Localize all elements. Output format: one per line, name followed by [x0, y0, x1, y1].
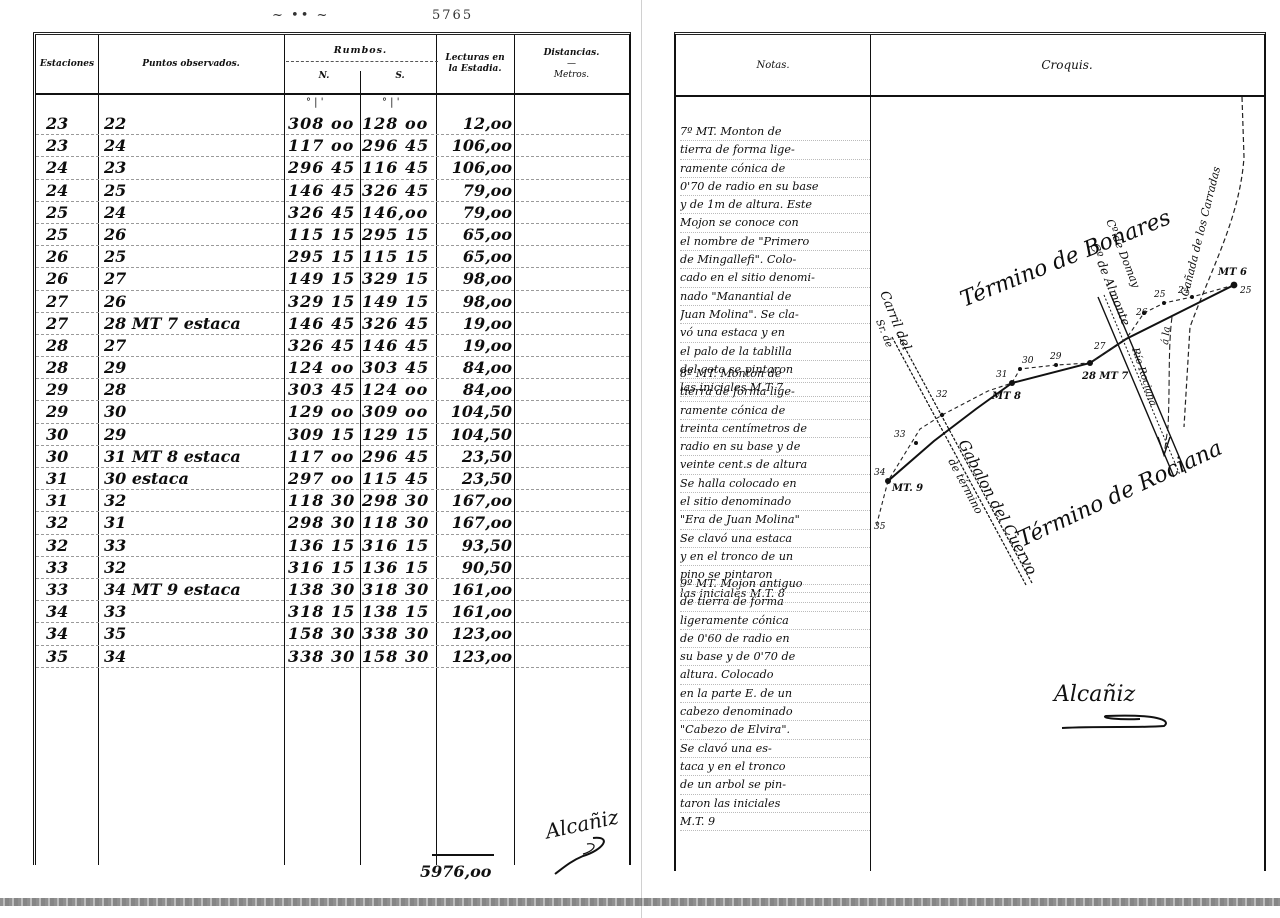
note-line: 0'70 de radio en su base: [680, 178, 870, 196]
lectura-cell: 19,oo: [438, 315, 516, 333]
rumbo-s-cell: 318 30: [362, 581, 438, 599]
punto-observado-cell: 32: [104, 492, 284, 510]
rumbo-n-cell: 329 15: [288, 293, 362, 311]
estacion-cell: 29: [46, 381, 98, 399]
label-termino-bonares: Término de Bonares: [957, 205, 1174, 312]
label-station-24: 24: [1177, 286, 1190, 296]
rumbo-n-cell: 129 oo: [288, 403, 362, 421]
note-line: el palo de la tablilla: [680, 343, 870, 361]
punto-observado-cell: 24: [104, 137, 284, 155]
note-line: y en el tronco de un: [680, 548, 870, 566]
note-line: 9º MT. Mojon antiguo: [680, 575, 870, 593]
note-line: Se clavó una es-: [680, 740, 870, 758]
signature-flourish-icon: [553, 836, 613, 876]
lectura-cell: 65,oo: [438, 226, 516, 244]
lectura-cell: 104,50: [438, 403, 516, 421]
rumbo-n-cell: 149 15: [288, 270, 362, 288]
table-row: 2526115 15295 1565,oo: [36, 224, 629, 246]
lectura-cell: 104,50: [438, 426, 516, 444]
rumbo-n-cell: 295 15: [288, 248, 362, 266]
punto-observado-cell: 34 MT 9 estaca: [104, 581, 284, 599]
note-line: "Era de Juan Molina": [680, 511, 870, 529]
rumbo-s-cell: 115 45: [362, 470, 438, 488]
note-line: Se clavó una estaca: [680, 530, 870, 548]
table-row: 3334 MT 9 estaca138 30318 30161,oo: [36, 579, 629, 601]
signature-flourish-icon: [1060, 710, 1170, 732]
rumbo-n-cell: 338 30: [288, 648, 362, 666]
estacion-cell: 28: [46, 337, 98, 355]
note-line: tierra de forma lige-: [680, 141, 870, 159]
table-row: 3130 estaca297 oo115 4523,50: [36, 468, 629, 490]
label-canada: Cañada de los Carradas: [1178, 165, 1223, 298]
punto-observado-cell: 34: [104, 648, 284, 666]
table-row: 2425146 45326 4579,oo: [36, 180, 629, 202]
rumbo-n-cell: 118 30: [288, 492, 362, 510]
note-line: tierra de forma lige-: [680, 383, 870, 401]
punto-observado-cell: 27: [104, 270, 284, 288]
punto-observado-cell: 22: [104, 115, 284, 133]
rumbo-s-cell: 158 30: [362, 648, 438, 666]
rumbo-n-cell: 298 30: [288, 514, 362, 532]
punto-observado-cell: 27: [104, 337, 284, 355]
estacion-cell: 26: [46, 248, 98, 266]
table-row: 2728 MT 7 estaca146 45326 4519,oo: [36, 313, 629, 335]
header-croquis: Croquis.: [870, 35, 1264, 95]
punto-observado-cell: 30: [104, 403, 284, 421]
label-station-27: 27: [1093, 342, 1106, 352]
header-estaciones: Estaciones: [36, 35, 98, 93]
note-line: ramente cónica de: [680, 402, 870, 420]
note-line: ramente cónica de: [680, 160, 870, 178]
lectura-cell: 65,oo: [438, 248, 516, 266]
table-row: 3231298 30118 30167,oo: [36, 512, 629, 534]
rumbo-s-cell: 316 15: [362, 537, 438, 555]
page-top-mark: ~ •• ~: [272, 8, 329, 23]
rumbo-s-cell: 115 15: [362, 248, 438, 266]
lectura-cell: 90,50: [438, 559, 516, 577]
punto-observado-cell: 35: [104, 625, 284, 643]
note-line: el sitio denominado: [680, 493, 870, 511]
rumbo-s-cell: 149 15: [362, 293, 438, 311]
note-line: su base y de 0'70 de: [680, 648, 870, 666]
label-mt7: 28 MT 7: [1081, 371, 1128, 382]
note-line: 8º MT. Monton de: [680, 365, 870, 383]
note-line: treinta centímetros de: [680, 420, 870, 438]
label-station-30: 30: [1022, 356, 1034, 366]
punto-observado-cell: 26: [104, 293, 284, 311]
rumbo-n-cell: 316 15: [288, 559, 362, 577]
punto-observado-cell: 33: [104, 537, 284, 555]
rumbo-s-cell: 124 oo: [362, 381, 438, 399]
header-distancias-title: Distancias.: [544, 48, 600, 59]
survey-register-table: Estaciones Puntos observados. Rumbos. N.…: [33, 32, 630, 862]
survey-sketch-map: Término de Bonares Término de Rociana Cº…: [872, 97, 1264, 871]
estacion-cell: 31: [46, 492, 98, 510]
lectura-cell: 79,oo: [438, 204, 516, 222]
label-station-33: 33: [894, 430, 906, 440]
punto-observado-cell: 25: [104, 248, 284, 266]
lectura-cell: 12,oo: [438, 115, 516, 133]
lectura-cell: 84,oo: [438, 381, 516, 399]
punto-observado-cell: 31 MT 8 estaca: [104, 448, 284, 466]
estacion-cell: 34: [46, 603, 98, 621]
rumbo-s-cell: 129 15: [362, 426, 438, 444]
label-station-25-end: 25: [1239, 286, 1252, 296]
note-mt7: 7º MT. Monton detierra de forma lige-ram…: [680, 123, 870, 397]
table-row: 2829124 oo303 4584,oo: [36, 357, 629, 379]
table-row: 2423296 45116 45106,oo: [36, 157, 629, 179]
estacion-cell: 29: [46, 403, 98, 421]
label-mt6: MT 6: [1217, 267, 1247, 278]
table-row: 3233136 15316 1593,50: [36, 535, 629, 557]
lectura-cell: 98,oo: [438, 293, 516, 311]
table-row: 2928303 45124 oo84,oo: [36, 379, 629, 401]
rumbo-n-cell: 318 15: [288, 603, 362, 621]
table-row: 3534338 30158 30123,oo: [36, 646, 629, 668]
rumbo-n-cell: 296 45: [288, 159, 362, 177]
rumbo-s-cell: 128 oo: [362, 115, 438, 133]
note-line: Se halla colocado en: [680, 475, 870, 493]
folio-number: 5765: [432, 8, 473, 23]
estacion-cell: 35: [46, 648, 98, 666]
header-rule: [36, 93, 629, 95]
punto-observado-cell: 32: [104, 559, 284, 577]
table-row: 3435158 30338 30123,oo: [36, 623, 629, 645]
lectura-cell: 19,oo: [438, 337, 516, 355]
note-line: en la parte E. de un: [680, 685, 870, 703]
rumbo-s-cell: 329 15: [362, 270, 438, 288]
note-line: radio en su base y de: [680, 438, 870, 456]
note-line: de Mingallefi". Colo-: [680, 251, 870, 269]
rumbo-s-cell: 146 45: [362, 337, 438, 355]
page-bottom-edge: [0, 898, 1280, 906]
divider: [286, 61, 438, 62]
label-termino-rociana: Término de Rociana: [1014, 436, 1226, 553]
note-line: vó una estaca y en: [680, 324, 870, 342]
estacion-cell: 28: [46, 359, 98, 377]
punto-observado-cell: 26: [104, 226, 284, 244]
rumbo-n-cell: 326 45: [288, 204, 362, 222]
distance-total: 5976,oo: [420, 862, 491, 881]
estacion-cell: 30: [46, 448, 98, 466]
rumbo-s-cell: 298 30: [362, 492, 438, 510]
label-station-26: 26: [1135, 308, 1148, 318]
label-station-25-25: 25: [1153, 290, 1166, 300]
punto-observado-cell: 30 estaca: [104, 470, 284, 488]
label-rio-rociana: Río Rociana: [1129, 346, 1159, 408]
estacion-cell: 31: [46, 470, 98, 488]
estacion-cell: 26: [46, 270, 98, 288]
rumbo-n-cell: 117 oo: [288, 137, 362, 155]
table-row: 2827326 45146 4519,oo: [36, 335, 629, 357]
note-line: altura. Colocado: [680, 666, 870, 684]
rumbo-n-cell: 138 30: [288, 581, 362, 599]
estacion-cell: 32: [46, 537, 98, 555]
punto-observado-cell: 28: [104, 381, 284, 399]
page-frame: Notas. Croquis. 7º MT. Monton detierra d…: [674, 32, 1266, 871]
rumbo-s-cell: 296 45: [362, 448, 438, 466]
note-mt8: 8º MT. Monton detierra de forma lige-ram…: [680, 365, 870, 603]
estacion-cell: 33: [46, 581, 98, 599]
table-row: 2930129 oo309 oo104,50: [36, 401, 629, 423]
note-line: Mojon se conoce con: [680, 214, 870, 232]
estacion-cell: 33: [46, 559, 98, 577]
note-line: de tierra de forma: [680, 593, 870, 611]
rumbo-s-cell: 296 45: [362, 137, 438, 155]
label-gabalon-cuervo: Gabalon del Cuervo: [954, 436, 1041, 577]
estacion-cell: 32: [46, 514, 98, 532]
table-row: 2625295 15115 1565,oo: [36, 246, 629, 268]
estacion-cell: 23: [46, 115, 98, 133]
note-line: y de 1m de altura. Este: [680, 196, 870, 214]
note-line: ligeramente cónica: [680, 612, 870, 630]
estacion-cell: 24: [46, 159, 98, 177]
estacion-cell: 23: [46, 137, 98, 155]
rumbo-n-cell: 158 30: [288, 625, 362, 643]
table-row: 2726329 15149 1598,oo: [36, 291, 629, 313]
punto-observado-cell: 28 MT 7 estaca: [104, 315, 284, 333]
rumbo-n-cell: 146 45: [288, 182, 362, 200]
header-rumbos-n: N.: [286, 71, 362, 81]
rumbo-n-cell: 115 15: [288, 226, 362, 244]
note-line: taca y en el tronco: [680, 758, 870, 776]
table-row: 3031 MT 8 estaca117 oo296 4523,50: [36, 446, 629, 468]
table-row: 3132118 30298 30167,oo: [36, 490, 629, 512]
lectura-cell: 98,oo: [438, 270, 516, 288]
estacion-cell: 30: [46, 426, 98, 444]
label-station-31: 31: [996, 370, 1007, 380]
note-line: M.T. 9: [680, 813, 870, 831]
estacion-cell: 25: [46, 204, 98, 222]
table-row: 3029309 15129 15104,50: [36, 424, 629, 446]
lectura-cell: 123,oo: [438, 625, 516, 643]
table-row: 2627149 15329 1598,oo: [36, 268, 629, 290]
rumbo-s-cell: 338 30: [362, 625, 438, 643]
table-row: 2324117 oo296 45106,oo: [36, 135, 629, 157]
lectura-cell: 23,50: [438, 470, 516, 488]
note-line: de 0'60 de radio en: [680, 630, 870, 648]
note-line: cado en el sitio denomi-: [680, 269, 870, 287]
rumbo-n-cell: 297 oo: [288, 470, 362, 488]
lectura-cell: 161,oo: [438, 603, 516, 621]
lectura-cell: 79,oo: [438, 182, 516, 200]
page-gutter: [641, 0, 642, 918]
lectura-cell: 167,oo: [438, 492, 516, 510]
label-station-35: 35: [874, 522, 886, 532]
note-line: 7º MT. Monton de: [680, 123, 870, 141]
rumbo-s-cell: 118 30: [362, 514, 438, 532]
notes-and-sketch-page: Notas. Croquis. 7º MT. Monton detierra d…: [674, 32, 1266, 868]
rumbo-n-cell: 136 15: [288, 537, 362, 555]
rumbo-n-cell: 146 45: [288, 315, 362, 333]
punto-observado-cell: 24: [104, 204, 284, 222]
note-line: "Cabezo de Elvira".: [680, 721, 870, 739]
note-line: veinte cent.s de altura: [680, 456, 870, 474]
rumbo-n-cell: 309 15: [288, 426, 362, 444]
total-rule: [432, 854, 494, 856]
lectura-cell: 106,oo: [438, 159, 516, 177]
label-mt8: MT 8: [991, 391, 1021, 402]
punto-observado-cell: 23: [104, 159, 284, 177]
note-line: el nombre de "Primero: [680, 233, 870, 251]
rumbo-s-cell: 309 oo: [362, 403, 438, 421]
signature-right: Alcañiz: [1054, 682, 1135, 707]
croquis-sketch: Término de Bonares Término de Rociana Cº…: [872, 97, 1264, 871]
rumbo-n-cell: 124 oo: [288, 359, 362, 377]
rumbo-s-cell: 116 45: [362, 159, 438, 177]
degree-minute-marks-s: ° | ': [382, 97, 399, 108]
note-mt9: 9º MT. Mojon antiguode tierra de formali…: [680, 575, 870, 831]
estacion-cell: 34: [46, 625, 98, 643]
header-notas: Notas.: [676, 35, 870, 95]
rumbo-n-cell: 117 oo: [288, 448, 362, 466]
header-rumbos: Rumbos.: [284, 45, 437, 56]
rumbo-s-cell: 326 45: [362, 182, 438, 200]
note-line: nado "Manantial de: [680, 288, 870, 306]
punto-observado-cell: 33: [104, 603, 284, 621]
rumbo-n-cell: 303 45: [288, 381, 362, 399]
header-distancias: Distancias. — Metros.: [514, 35, 629, 93]
punto-observado-cell: 29: [104, 426, 284, 444]
estacion-cell: 27: [46, 315, 98, 333]
punto-observado-cell: 31: [104, 514, 284, 532]
estacion-cell: 25: [46, 226, 98, 244]
rumbo-s-cell: 136 15: [362, 559, 438, 577]
label-station-32: 32: [936, 390, 948, 400]
lectura-cell: 123,oo: [438, 648, 516, 666]
lectura-cell: 106,oo: [438, 137, 516, 155]
rumbo-n-cell: 308 oo: [288, 115, 362, 133]
table-row: 3332316 15136 1590,50: [36, 557, 629, 579]
lectura-cell: 84,oo: [438, 359, 516, 377]
label-station-29: 29: [1049, 352, 1062, 362]
table-row: 2322308 oo128 oo12,oo: [36, 113, 629, 135]
note-line: taron las iniciales: [680, 795, 870, 813]
rumbo-s-cell: 303 45: [362, 359, 438, 377]
rumbo-s-cell: 146,oo: [362, 204, 438, 222]
header-puntos-observados: Puntos observados.: [98, 35, 284, 93]
rumbo-s-cell: 138 15: [362, 603, 438, 621]
label-mt9: MT. 9: [891, 483, 923, 494]
lectura-cell: 23,50: [438, 448, 516, 466]
note-line: cabezo denominado: [680, 703, 870, 721]
lectura-cell: 167,oo: [438, 514, 516, 532]
table-body: 2322308 oo128 oo12,oo2324117 oo296 45106…: [36, 113, 629, 668]
table-row: 2524326 45146,oo79,oo: [36, 202, 629, 224]
note-line: de un arbol se pin-: [680, 776, 870, 794]
rumbo-s-cell: 326 45: [362, 315, 438, 333]
rumbo-n-cell: 326 45: [288, 337, 362, 355]
table-row: 3433318 15138 15161,oo: [36, 601, 629, 623]
punto-observado-cell: 29: [104, 359, 284, 377]
estacion-cell: 27: [46, 293, 98, 311]
degree-minute-marks-n: ° | ': [306, 97, 323, 108]
label-station-34: 34: [874, 468, 886, 478]
table-frame: Estaciones Puntos observados. Rumbos. N.…: [33, 32, 631, 865]
note-line: Juan Molina". Se cla-: [680, 306, 870, 324]
label-a-la: á la: [1160, 326, 1173, 345]
punto-observado-cell: 25: [104, 182, 284, 200]
header-rumbos-s: S.: [362, 71, 438, 81]
header-distancias-unit: Metros.: [554, 70, 589, 81]
lectura-cell: 161,oo: [438, 581, 516, 599]
lectura-cell: 93,50: [438, 537, 516, 555]
rumbo-s-cell: 295 15: [362, 226, 438, 244]
estacion-cell: 24: [46, 182, 98, 200]
header-lecturas: Lecturas en la Estadia.: [436, 35, 514, 93]
